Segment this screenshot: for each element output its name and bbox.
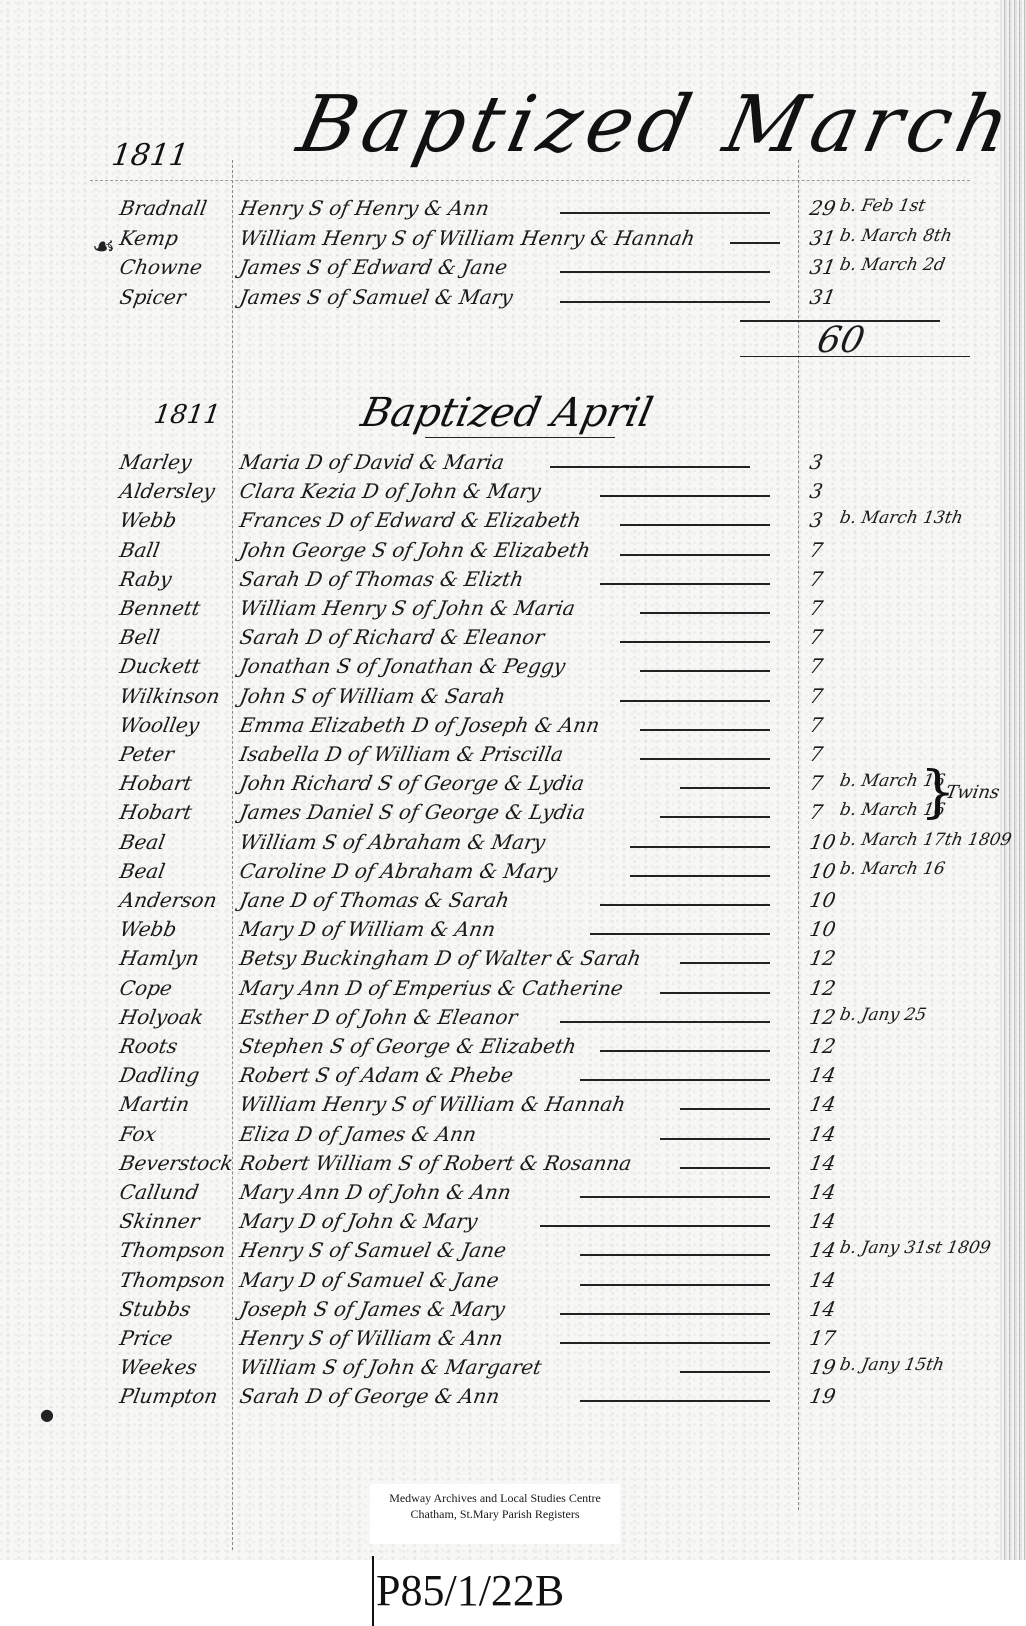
- baptism-day: 12: [808, 1005, 838, 1029]
- surname: Plumpton: [118, 1384, 232, 1408]
- fill-line: [620, 641, 770, 643]
- fill-line: [600, 904, 770, 906]
- surname: Beal: [118, 859, 232, 883]
- baptism-day: 12: [808, 946, 838, 970]
- fill-line: [600, 1050, 770, 1052]
- register-row: HamlynBetsy Buckingham D of Walter & Sar…: [0, 946, 1026, 976]
- surname: Weekes: [118, 1355, 232, 1379]
- baptism-entry: James S of Samuel & Mary: [238, 285, 515, 309]
- archive-label-line1: Medway Archives and Local Studies Centre: [370, 1490, 620, 1506]
- april-heading: Baptized April: [357, 390, 657, 436]
- register-row: RabySarah D of Thomas & Elizth7: [0, 567, 1026, 597]
- baptism-entry: William Henry S of William Henry & Hanna…: [238, 226, 697, 250]
- surname: Thompson: [118, 1238, 232, 1262]
- baptism-entry: Frances D of Edward & Elizabeth: [238, 508, 583, 532]
- fill-line: [560, 301, 770, 303]
- header-rule: [90, 180, 970, 181]
- april-year: 1811: [152, 400, 222, 430]
- surname: Holyoak: [118, 1005, 232, 1029]
- archive-label-line2: Chatham, St.Mary Parish Registers: [370, 1506, 620, 1522]
- baptism-day: 31: [808, 285, 838, 309]
- baptism-day: 12: [808, 976, 838, 1000]
- fill-line: [640, 729, 770, 731]
- baptism-entry: Sarah D of Richard & Eleanor: [238, 625, 546, 649]
- fill-line: [680, 1108, 770, 1110]
- birth-date-note: b. March 13th: [838, 508, 964, 528]
- baptism-entry: James S of Edward & Jane: [238, 255, 509, 279]
- fill-line: [580, 1079, 770, 1081]
- baptism-entry: Henry S of William & Ann: [238, 1326, 505, 1350]
- baptism-day: 31: [808, 226, 838, 250]
- register-row: WeekesWilliam S of John & Margaret19b. J…: [0, 1355, 1026, 1385]
- fill-line: [620, 524, 770, 526]
- baptism-day: 19: [808, 1384, 838, 1408]
- fill-line: [640, 670, 770, 672]
- baptism-day: 29: [808, 196, 838, 220]
- baptism-entry: Joseph S of James & Mary: [238, 1297, 507, 1321]
- fill-line: [680, 1371, 770, 1373]
- baptism-entry: Isabella D of William & Priscilla: [238, 742, 565, 766]
- surname: Dadling: [118, 1063, 232, 1087]
- baptism-day: 10: [808, 859, 838, 883]
- baptism-entry: Clara Kezia D of John & Mary: [238, 479, 543, 503]
- ink-dot: ●: [40, 1405, 54, 1424]
- fill-line: [540, 1225, 770, 1227]
- birth-date-note: b. March 16: [838, 859, 946, 879]
- baptism-day: 10: [808, 830, 838, 854]
- register-row: ChowneJames S of Edward & Jane31b. March…: [0, 255, 1026, 285]
- baptism-day: 19: [808, 1355, 838, 1379]
- baptism-day: 14: [808, 1238, 838, 1262]
- birth-date-note: b. March 2d: [838, 255, 946, 275]
- baptism-day: 7: [808, 625, 825, 649]
- fill-line: [580, 1400, 770, 1402]
- birth-date-note: b. Jany 25: [838, 1005, 928, 1025]
- baptism-entry: Sarah D of Thomas & Elizth: [238, 567, 526, 591]
- baptism-entry: Eliza D of James & Ann: [238, 1122, 478, 1146]
- fill-line: [600, 495, 770, 497]
- fill-line: [620, 700, 770, 702]
- surname: Aldersley: [118, 479, 232, 503]
- register-row: DadlingRobert S of Adam & Phebe14: [0, 1063, 1026, 1093]
- baptism-entry: Robert William S of Robert & Rosanna: [238, 1151, 634, 1175]
- surname: Bell: [118, 625, 232, 649]
- register-row: WilkinsonJohn S of William & Sarah7: [0, 684, 1026, 714]
- twins-note: Twins: [944, 782, 1001, 803]
- register-row: KempWilliam Henry S of William Henry & H…: [0, 226, 1026, 256]
- register-page: 1811 Baptized March BradnallHenry S of H…: [0, 0, 1026, 1560]
- surname: Spicer: [118, 285, 232, 309]
- fill-line: [680, 1167, 770, 1169]
- fill-line: [730, 242, 780, 244]
- register-row: AndersonJane D of Thomas & Sarah10: [0, 888, 1026, 918]
- fill-line: [560, 212, 770, 214]
- fill-line: [640, 758, 770, 760]
- baptism-entry: William Henry S of John & Maria: [238, 596, 577, 620]
- baptism-entry: Emma Elizabeth D of Joseph & Ann: [238, 713, 602, 737]
- baptism-day: 3: [808, 450, 825, 474]
- baptism-entry: William S of Abraham & Mary: [238, 830, 547, 854]
- register-row: MartinWilliam Henry S of William & Hanna…: [0, 1092, 1026, 1122]
- baptism-day: 10: [808, 888, 838, 912]
- march-heading: Baptized March: [290, 80, 1023, 170]
- register-row: DuckettJonathan S of Jonathan & Peggy7: [0, 654, 1026, 684]
- baptism-day: 14: [808, 1092, 838, 1116]
- ink-mark: ☙: [92, 232, 115, 262]
- register-row: BealCaroline D of Abraham & Mary10b. Mar…: [0, 859, 1026, 889]
- baptism-day: 14: [808, 1297, 838, 1321]
- march-total: 60: [814, 320, 869, 361]
- march-total-underline: [740, 356, 970, 357]
- surname: Hobart: [118, 771, 232, 795]
- fill-line: [660, 992, 770, 994]
- document-reference: P85/1/22B: [372, 1556, 656, 1626]
- register-row: WebbMary D of William & Ann10: [0, 917, 1026, 947]
- register-row: BeverstockRobert William S of Robert & R…: [0, 1151, 1026, 1181]
- baptism-day: 14: [808, 1209, 838, 1233]
- register-row: WebbFrances D of Edward & Elizabeth3b. M…: [0, 508, 1026, 538]
- baptism-entry: Henry S of Henry & Ann: [238, 196, 491, 220]
- birth-date-note: b. Jany 31st 1809: [838, 1238, 992, 1258]
- baptism-entry: James Daniel S of George & Lydia: [238, 800, 587, 824]
- register-row: StubbsJoseph S of James & Mary14: [0, 1297, 1026, 1327]
- surname: Woolley: [118, 713, 232, 737]
- register-row: CallundMary Ann D of John & Ann14: [0, 1180, 1026, 1210]
- baptism-day: 14: [808, 1268, 838, 1292]
- surname: Kemp: [118, 226, 232, 250]
- baptism-day: 7: [808, 713, 825, 737]
- surname: Anderson: [118, 888, 232, 912]
- baptism-entry: John Richard S of George & Lydia: [238, 771, 586, 795]
- surname: Beverstock: [118, 1151, 232, 1175]
- register-row: HolyoakEsther D of John & Eleanor12b. Ja…: [0, 1005, 1026, 1035]
- fill-line: [640, 612, 770, 614]
- baptism-entry: Sarah D of George & Ann: [238, 1384, 502, 1408]
- birth-date-note: b. March 17th 1809: [838, 830, 1013, 850]
- register-row: BennettWilliam Henry S of John & Maria7: [0, 596, 1026, 626]
- register-row: HobartJames Daniel S of George & Lydia7b…: [0, 800, 1026, 830]
- fill-line: [590, 933, 770, 935]
- surname: Beal: [118, 830, 232, 854]
- march-year: 1811: [110, 138, 191, 173]
- fill-line: [620, 554, 770, 556]
- surname: Martin: [118, 1092, 232, 1116]
- baptism-entry: John George S of John & Elizabeth: [238, 538, 592, 562]
- fill-line: [680, 787, 770, 789]
- baptism-day: 7: [808, 800, 825, 824]
- register-row: MarleyMaria D of David & Maria3: [0, 450, 1026, 480]
- baptism-entry: Maria D of David & Maria: [238, 450, 506, 474]
- surname: Cope: [118, 976, 232, 1000]
- register-row: PeterIsabella D of William & Priscilla7: [0, 742, 1026, 772]
- fill-line: [630, 846, 770, 848]
- april-heading-underline: [425, 437, 615, 438]
- surname: Raby: [118, 567, 232, 591]
- baptism-entry: Mary Ann D of John & Ann: [238, 1180, 513, 1204]
- register-row: HobartJohn Richard S of George & Lydia7b…: [0, 771, 1026, 801]
- baptism-day: 14: [808, 1180, 838, 1204]
- fill-line: [550, 466, 750, 468]
- baptism-entry: Mary D of John & Mary: [238, 1209, 480, 1233]
- surname: Fox: [118, 1122, 232, 1146]
- fill-line: [580, 1284, 770, 1286]
- baptism-day: 7: [808, 596, 825, 620]
- baptism-entry: Robert S of Adam & Phebe: [238, 1063, 515, 1087]
- register-row: BealWilliam S of Abraham & Mary10b. Marc…: [0, 830, 1026, 860]
- baptism-day: 7: [808, 567, 825, 591]
- fill-line: [660, 1138, 770, 1140]
- register-row: BallJohn George S of John & Elizabeth7: [0, 538, 1026, 568]
- baptism-entry: Mary D of Samuel & Jane: [238, 1268, 501, 1292]
- baptism-entry: Jonathan S of Jonathan & Peggy: [238, 654, 567, 678]
- register-row: RootsStephen S of George & Elizabeth12: [0, 1034, 1026, 1064]
- surname: Price: [118, 1326, 232, 1350]
- baptism-day: 12: [808, 1034, 838, 1058]
- baptism-day: 7: [808, 684, 825, 708]
- baptism-entry: Mary D of William & Ann: [238, 917, 497, 941]
- fill-line: [660, 816, 770, 818]
- baptism-entry: Henry S of Samuel & Jane: [238, 1238, 508, 1262]
- surname: Stubbs: [118, 1297, 232, 1321]
- baptism-entry: Jane D of Thomas & Sarah: [238, 888, 511, 912]
- baptism-entry: William Henry S of William & Hannah: [238, 1092, 628, 1116]
- register-row: BellSarah D of Richard & Eleanor7: [0, 625, 1026, 655]
- birth-date-note: b. March 8th: [838, 226, 953, 246]
- register-row: SkinnerMary D of John & Mary14: [0, 1209, 1026, 1239]
- baptism-entry: Stephen S of George & Elizabeth: [238, 1034, 578, 1058]
- register-row: ThompsonMary D of Samuel & Jane14: [0, 1268, 1026, 1298]
- surname: Thompson: [118, 1268, 232, 1292]
- fill-line: [560, 1313, 770, 1315]
- baptism-day: 31: [808, 255, 838, 279]
- surname: Callund: [118, 1180, 232, 1204]
- surname: Hobart: [118, 800, 232, 824]
- baptism-entry: William S of John & Margaret: [238, 1355, 544, 1379]
- register-row: SpicerJames S of Samuel & Mary31: [0, 285, 1026, 315]
- surname: Ball: [118, 538, 232, 562]
- baptism-entry: Mary Ann D of Emperius & Catherine: [238, 976, 625, 1000]
- fill-line: [560, 1021, 770, 1023]
- surname: Bennett: [118, 596, 232, 620]
- register-row: BradnallHenry S of Henry & Ann29b. Feb 1…: [0, 196, 1026, 226]
- baptism-entry: Betsy Buckingham D of Walter & Sarah: [238, 946, 643, 970]
- fill-line: [560, 1342, 770, 1344]
- baptism-day: 14: [808, 1151, 838, 1175]
- surname: Skinner: [118, 1209, 232, 1233]
- birth-date-note: b. Feb 1st: [838, 196, 927, 216]
- baptism-day: 7: [808, 538, 825, 562]
- baptism-day: 14: [808, 1122, 838, 1146]
- fill-line: [600, 583, 770, 585]
- archive-label: Medway Archives and Local Studies Centre…: [370, 1484, 620, 1544]
- baptism-entry: John S of William & Sarah: [238, 684, 507, 708]
- register-row: PlumptonSarah D of George & Ann19: [0, 1384, 1026, 1414]
- register-row: WoolleyEmma Elizabeth D of Joseph & Ann7: [0, 713, 1026, 743]
- baptism-entry: Caroline D of Abraham & Mary: [238, 859, 559, 883]
- surname: Chowne: [118, 255, 232, 279]
- surname: Peter: [118, 742, 232, 766]
- fill-line: [580, 1196, 770, 1198]
- surname: Duckett: [118, 654, 232, 678]
- baptism-day: 7: [808, 742, 825, 766]
- surname: Bradnall: [118, 196, 232, 220]
- surname: Marley: [118, 450, 232, 474]
- baptism-day: 3: [808, 479, 825, 503]
- surname: Hamlyn: [118, 946, 232, 970]
- baptism-day: 7: [808, 771, 825, 795]
- baptism-day: 14: [808, 1063, 838, 1087]
- register-row: PriceHenry S of William & Ann17: [0, 1326, 1026, 1356]
- baptism-day: 17: [808, 1326, 838, 1350]
- surname: Wilkinson: [118, 684, 232, 708]
- birth-date-note: b. Jany 15th: [838, 1355, 946, 1375]
- baptism-day: 3: [808, 508, 825, 532]
- register-row: CopeMary Ann D of Emperius & Catherine12: [0, 976, 1026, 1006]
- surname: Roots: [118, 1034, 232, 1058]
- baptism-entry: Esther D of John & Eleanor: [238, 1005, 520, 1029]
- fill-line: [560, 271, 770, 273]
- baptism-day: 7: [808, 654, 825, 678]
- surname: Webb: [118, 508, 232, 532]
- fill-line: [630, 875, 770, 877]
- register-row: AldersleyClara Kezia D of John & Mary3: [0, 479, 1026, 509]
- baptism-day: 10: [808, 917, 838, 941]
- fill-line: [680, 962, 770, 964]
- register-row: FoxEliza D of James & Ann14: [0, 1122, 1026, 1152]
- register-row: ThompsonHenry S of Samuel & Jane14b. Jan…: [0, 1238, 1026, 1268]
- surname: Webb: [118, 917, 232, 941]
- fill-line: [580, 1254, 770, 1256]
